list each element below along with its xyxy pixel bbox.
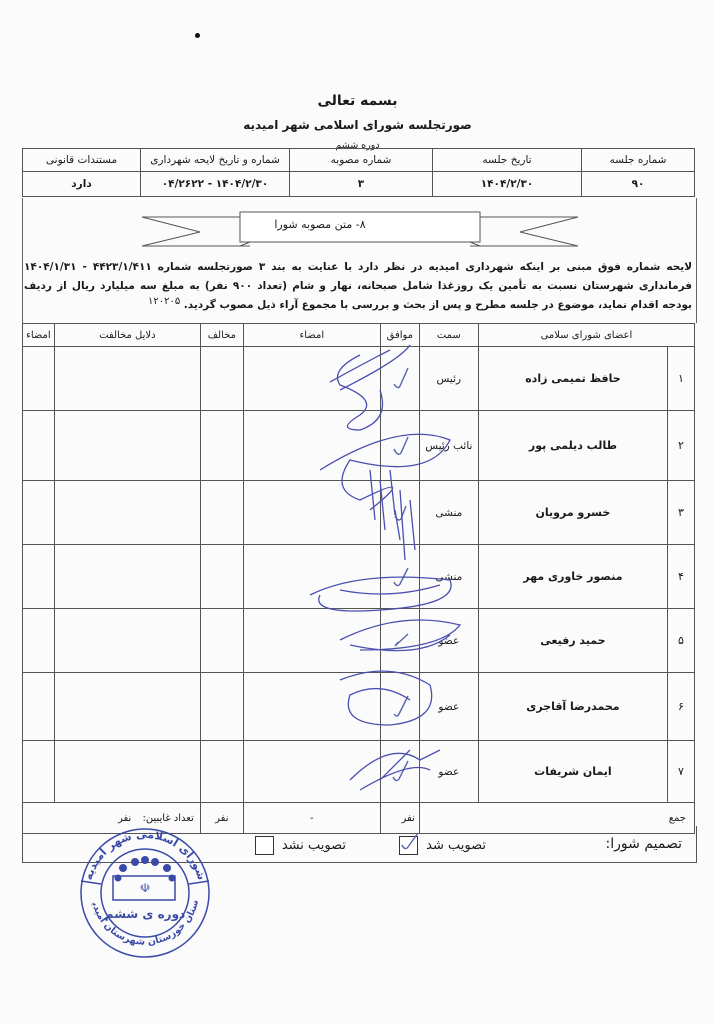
row-number: ۲	[668, 411, 695, 481]
seal-center-text: دوره ی ششم	[105, 907, 185, 922]
member-position: رئیس	[419, 347, 478, 411]
signature2-cell	[23, 741, 55, 803]
row-number: ۳	[668, 481, 695, 545]
header-signature-2: امضاء	[23, 324, 55, 347]
not-approved-label: تصویب نشد	[282, 838, 346, 853]
svg-text:☫: ☫	[140, 881, 151, 895]
header-resolution-number: شماره مصوبه	[290, 149, 433, 172]
ink-dot	[195, 33, 200, 38]
member-name: طالب دیلمی پور	[478, 411, 667, 481]
svg-text:شورای اسلامی شهر امیدیه: شورای اسلامی شهر امیدیه	[82, 828, 209, 882]
signature-cell	[243, 741, 380, 803]
header-bill-number-date: شماره و تاریخ لایحه شهرداری	[141, 149, 290, 172]
approved-option[interactable]: تصویب شد	[399, 836, 486, 855]
header-position: سمت	[419, 324, 478, 347]
header-members: اعضای شورای سلامی	[478, 324, 694, 347]
signature-cell	[243, 411, 380, 481]
reasons-cell	[54, 411, 200, 481]
member-name: حمید رفیعی	[478, 609, 667, 673]
agree-check	[380, 347, 419, 411]
approved-label: تصویب شد	[426, 838, 486, 853]
disagree-cell	[200, 347, 243, 411]
value-bill-number-date: ۱۴۰۴/۲/۳۰ - ۰۴/۲۶۲۲	[141, 172, 290, 197]
agree-check	[380, 545, 419, 609]
member-position: عضو	[419, 673, 478, 741]
table-row: ۵ حمید رفیعی عضو	[23, 609, 695, 673]
disagree-cell	[200, 609, 243, 673]
row-number: ۱	[668, 347, 695, 411]
signature2-cell	[23, 481, 55, 545]
header-disagree: مخالف	[200, 324, 243, 347]
table-row: ۷ ایمان شریفات عضو	[23, 741, 695, 803]
disagree-cell	[200, 481, 243, 545]
signature-cell	[243, 481, 380, 545]
member-position: عضو	[419, 741, 478, 803]
agree-check	[380, 741, 419, 803]
header-session-number: شماره جلسه	[582, 149, 695, 172]
absent-label: تعداد غایبین:	[142, 813, 193, 824]
signature2-cell	[23, 673, 55, 741]
header-disagree-reasons: دلایل مخالفت	[54, 324, 200, 347]
member-position: عضو	[419, 609, 478, 673]
reasons-cell	[54, 609, 200, 673]
member-name: ایمان شریفات	[478, 741, 667, 803]
signature-cell	[243, 609, 380, 673]
approved-checkbox[interactable]	[399, 836, 418, 855]
table-row: ۳ خسرو مرویان منشی	[23, 481, 695, 545]
disagree-cell	[200, 673, 243, 741]
row-number: ۵	[668, 609, 695, 673]
table-row: ۲ طالب دیلمی پور نائب رئیس	[23, 411, 695, 481]
row-number: ۴	[668, 545, 695, 609]
signature-cell	[243, 545, 380, 609]
signature2-cell	[23, 545, 55, 609]
table-row: ۴ منصور خاوری مهر منشی	[23, 545, 695, 609]
handwritten-budget-code: ۱۲۰۲۰۵	[148, 296, 180, 307]
member-position: منشی	[419, 481, 478, 545]
agree-check	[380, 609, 419, 673]
reasons-cell	[54, 347, 200, 411]
signature2-cell	[23, 347, 55, 411]
member-name: محمدرضا آقاجری	[478, 673, 667, 741]
header-agree: موافق	[380, 324, 419, 347]
member-name: حافظ تمیمی زاده	[478, 347, 667, 411]
resolution-body-text: لایحه شماره فوق مبنی بر اینکه شهرداری ام…	[24, 258, 692, 315]
disagree-cell	[200, 411, 243, 481]
table-row: ۶ محمدرضا آقاجری عضو	[23, 673, 695, 741]
value-resolution-number: ۳	[290, 172, 433, 197]
member-position: نائب رئیس	[419, 411, 478, 481]
value-legal-documents: دارد	[23, 172, 141, 197]
seal-top-text: شورای اسلامی شهر امیدیه	[82, 828, 209, 882]
member-name: منصور خاوری مهر	[478, 545, 667, 609]
member-name: خسرو مرویان	[478, 481, 667, 545]
reasons-cell	[54, 481, 200, 545]
header-session-date: تاریخ جلسه	[433, 149, 582, 172]
disagree-cell	[200, 741, 243, 803]
header-legal-documents: مستندات قانونی	[23, 149, 141, 172]
table-row: ۱ حافظ تمیمی زاده رئیس	[23, 347, 695, 411]
absent-unit: نفر	[118, 813, 131, 824]
reasons-cell	[54, 673, 200, 741]
header-signature: امضاء	[243, 324, 380, 347]
not-approved-option[interactable]: تصویب نشد	[255, 836, 346, 855]
reasons-cell	[54, 545, 200, 609]
value-session-date: ۱۴۰۴/۲/۳۰	[433, 172, 582, 197]
document-subtitle: صورتجلسه شورای اسلامی شهر امیدیه	[0, 118, 715, 132]
signature-cell	[243, 347, 380, 411]
decision-label: تصمیم شورا:	[606, 836, 682, 852]
reasons-cell	[54, 741, 200, 803]
signature2-cell	[23, 411, 55, 481]
agree-check	[380, 673, 419, 741]
member-position: منشی	[419, 545, 478, 609]
disagree-cell	[200, 545, 243, 609]
signature2-cell	[23, 609, 55, 673]
agree-check	[380, 481, 419, 545]
council-votes-table: اعضای شورای سلامی سمت موافق امضاء مخالف …	[22, 323, 695, 834]
checkmark-icon	[398, 831, 420, 853]
row-number: ۷	[668, 741, 695, 803]
section-heading: ۸- متن مصوبه شورا	[240, 218, 400, 231]
session-info-table: شماره جلسه تاریخ جلسه شماره مصوبه شماره …	[22, 148, 695, 197]
signature-cell	[243, 673, 380, 741]
row-number: ۶	[668, 673, 695, 741]
value-session-number: ۹۰	[582, 172, 695, 197]
agree-check	[380, 411, 419, 481]
document-title: بسمه تعالی	[0, 93, 715, 109]
council-seal-icon: ☫ دوره ی ششم شورای اسلامی شهر امیدیه است…	[78, 826, 212, 960]
not-approved-checkbox[interactable]	[255, 836, 274, 855]
